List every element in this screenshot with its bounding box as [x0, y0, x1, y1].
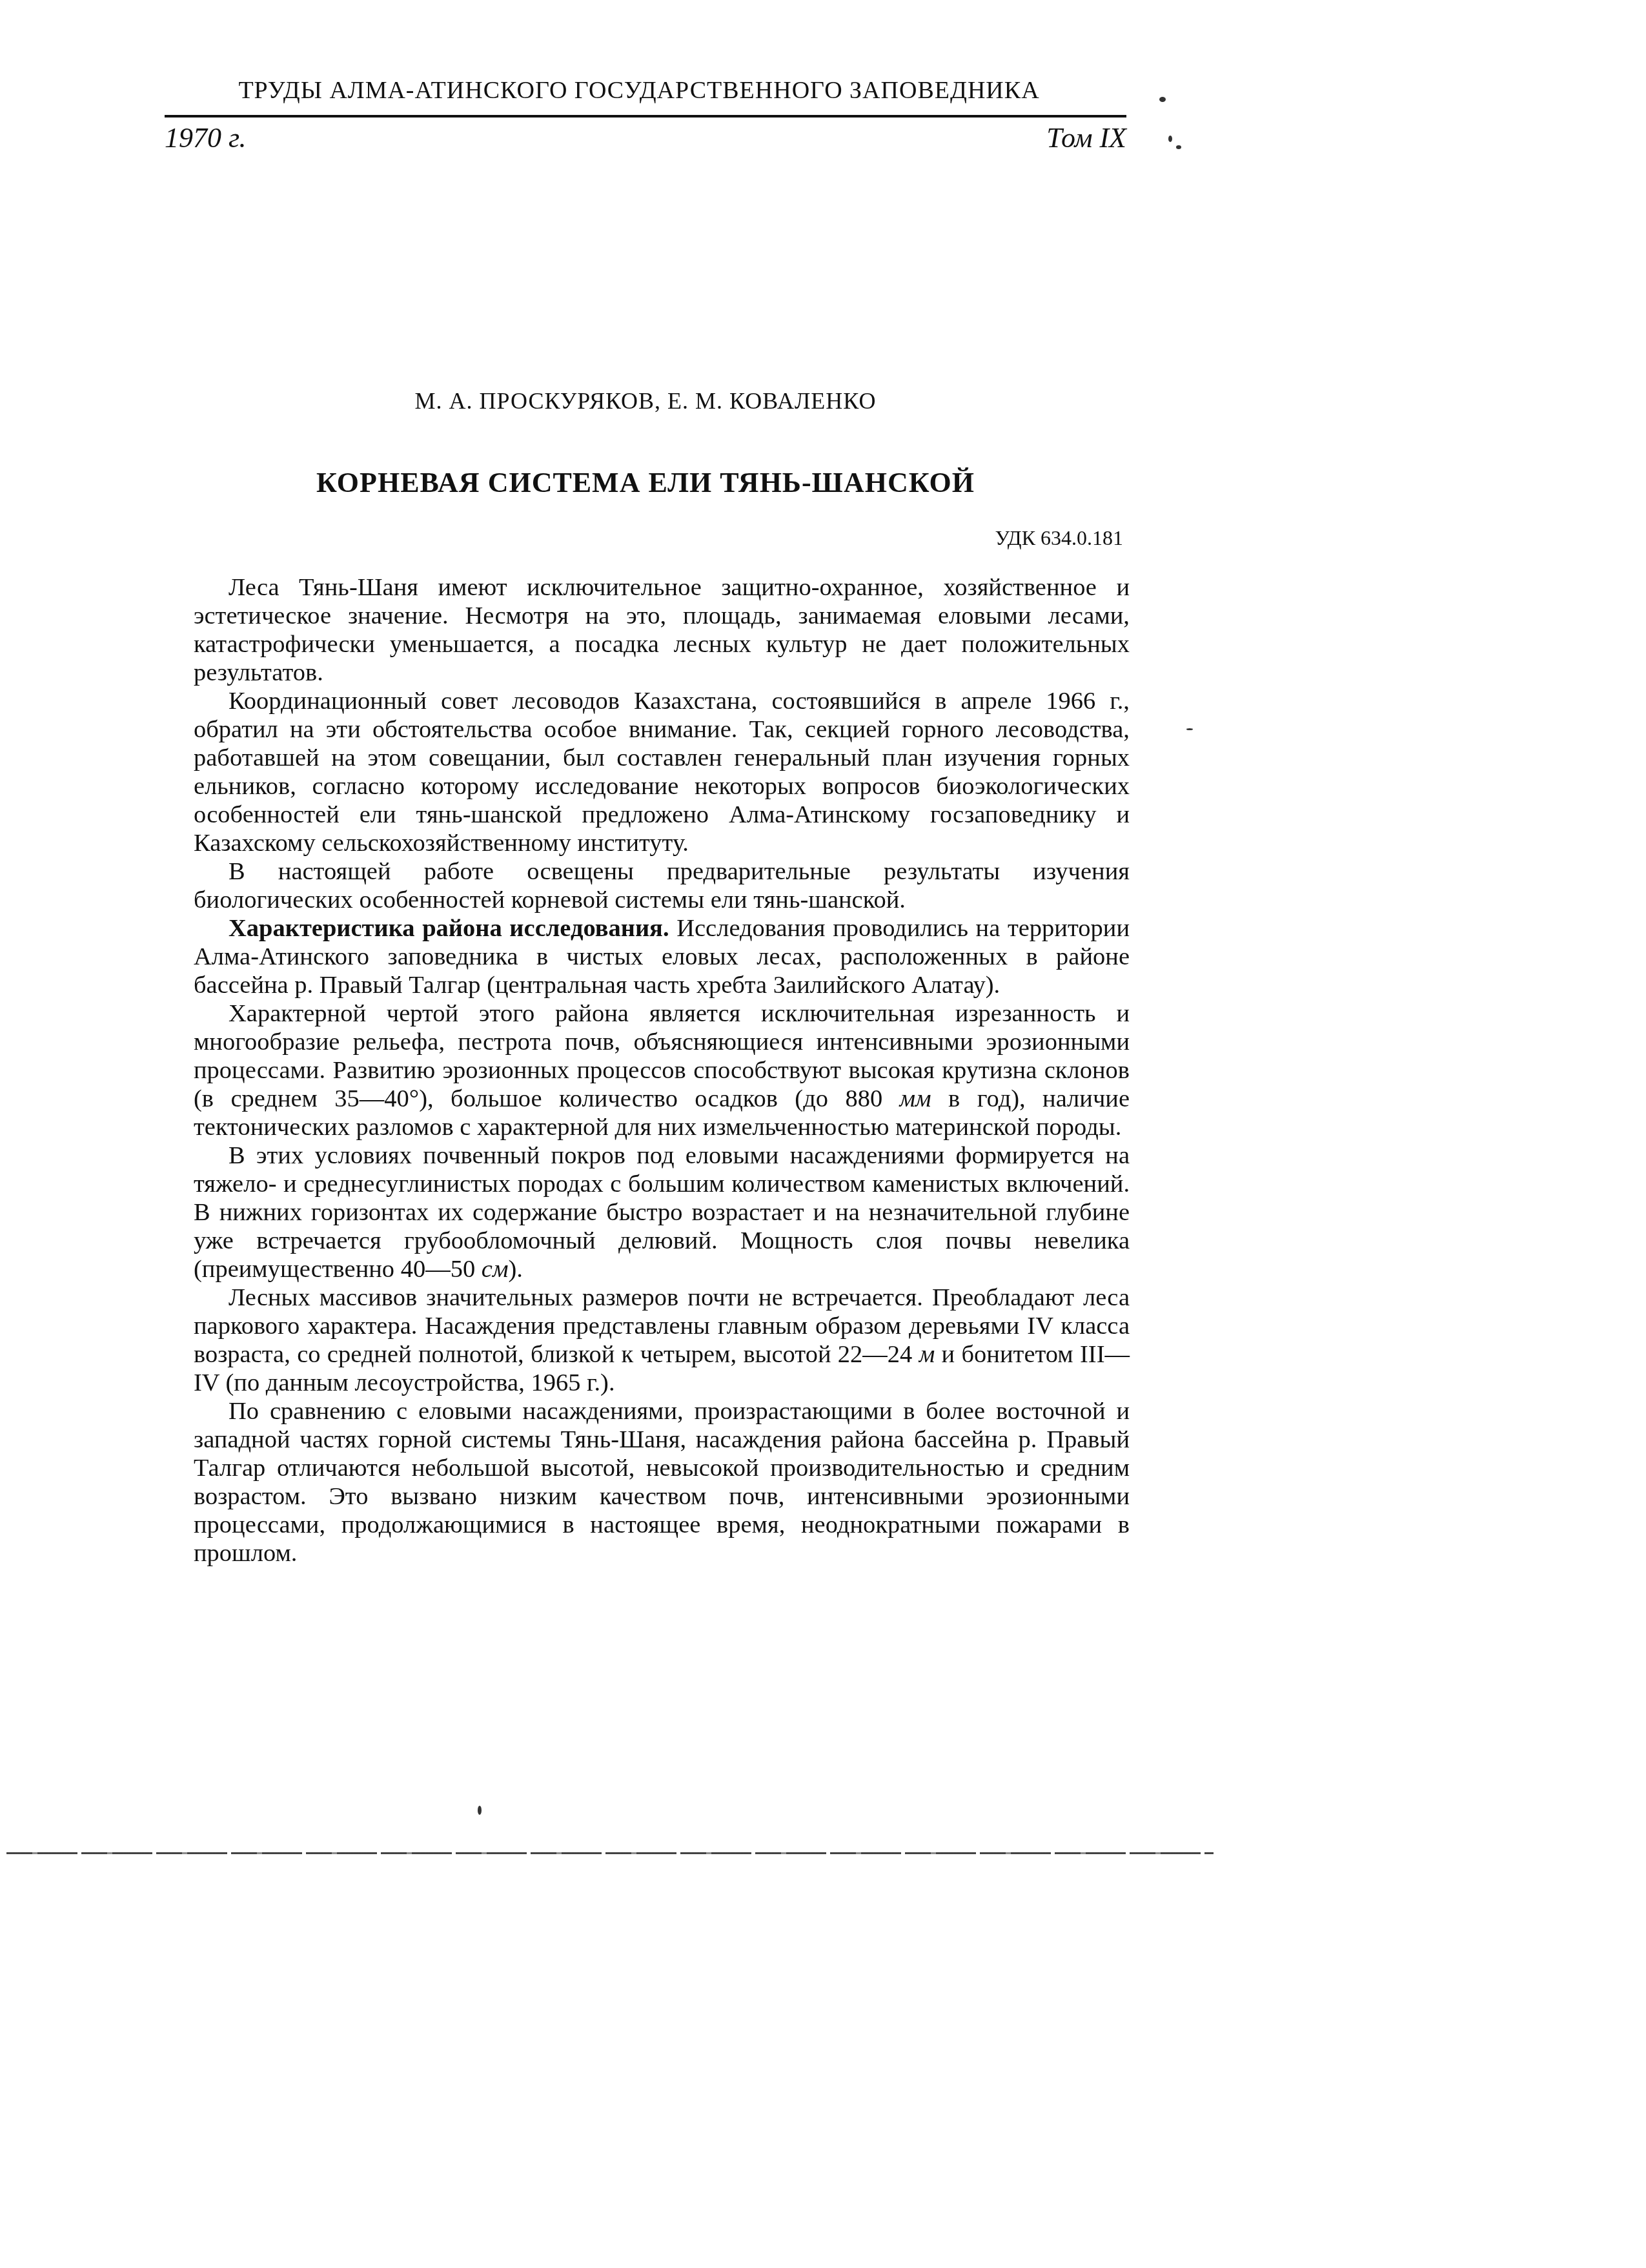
authors: М. А. ПРОСКУРЯКОВ, Е. М. КОВАЛЕНКО — [0, 387, 1291, 414]
scan-speck — [1168, 136, 1172, 142]
paragraph-stands: Лесных массивов значительных размеров по… — [194, 1283, 1130, 1397]
paragraph-council: Координационный совет лесоводов Казахста… — [194, 687, 1130, 857]
udc-code: УДК 634.0.181 — [955, 526, 1123, 550]
text-run: ). — [509, 1256, 523, 1283]
paragraph-relief: Характерной чертой этого района является… — [194, 999, 1130, 1141]
scan-speck — [1176, 145, 1181, 149]
article-title: КОРНЕВАЯ СИСТЕМА ЕЛИ ТЯНЬ-ШАНСКОЙ — [0, 466, 1291, 499]
publication-year: 1970 г. — [165, 121, 247, 154]
volume-number: Том IX — [1046, 121, 1126, 154]
text-run: В этих условиях почвенный покров под ело… — [194, 1142, 1130, 1283]
document-page: ТРУДЫ АЛМА-АТИНСКОГО ГОСУДАРСТВЕННОГО ЗА… — [0, 0, 1646, 2268]
article-body: Леса Тянь-Шаня имеют исключительное защи… — [194, 573, 1130, 1568]
paragraph-soil: В этих условиях почвенный покров под ело… — [194, 1141, 1130, 1283]
section-heading-study-area: Характеристика района исследования. — [229, 915, 669, 942]
unit-m: м — [919, 1341, 935, 1368]
journal-title: ТРУДЫ АЛМА-АТИНСКОГО ГОСУДАРСТВЕННОГО ЗА… — [187, 76, 1091, 105]
scan-speck — [1186, 728, 1193, 730]
paragraph-study-area: Характеристика района исследования. Иссл… — [194, 914, 1130, 999]
paragraph-scope: В настоящей работе освещены предваритель… — [194, 857, 1130, 914]
paragraph-comparison: По сравнению с еловыми насаждениями, про… — [194, 1397, 1130, 1568]
header-meta: 1970 г. Том IX — [165, 121, 1126, 154]
page-bottom-rule — [6, 1852, 1214, 1854]
scan-speck — [478, 1806, 482, 1815]
paragraph-intro: Леса Тянь-Шаня имеют исключительное защи… — [194, 573, 1130, 687]
scan-speck — [1159, 97, 1166, 102]
unit-mm: мм — [900, 1085, 931, 1112]
header-rule — [165, 115, 1126, 117]
unit-cm: см — [482, 1256, 509, 1283]
